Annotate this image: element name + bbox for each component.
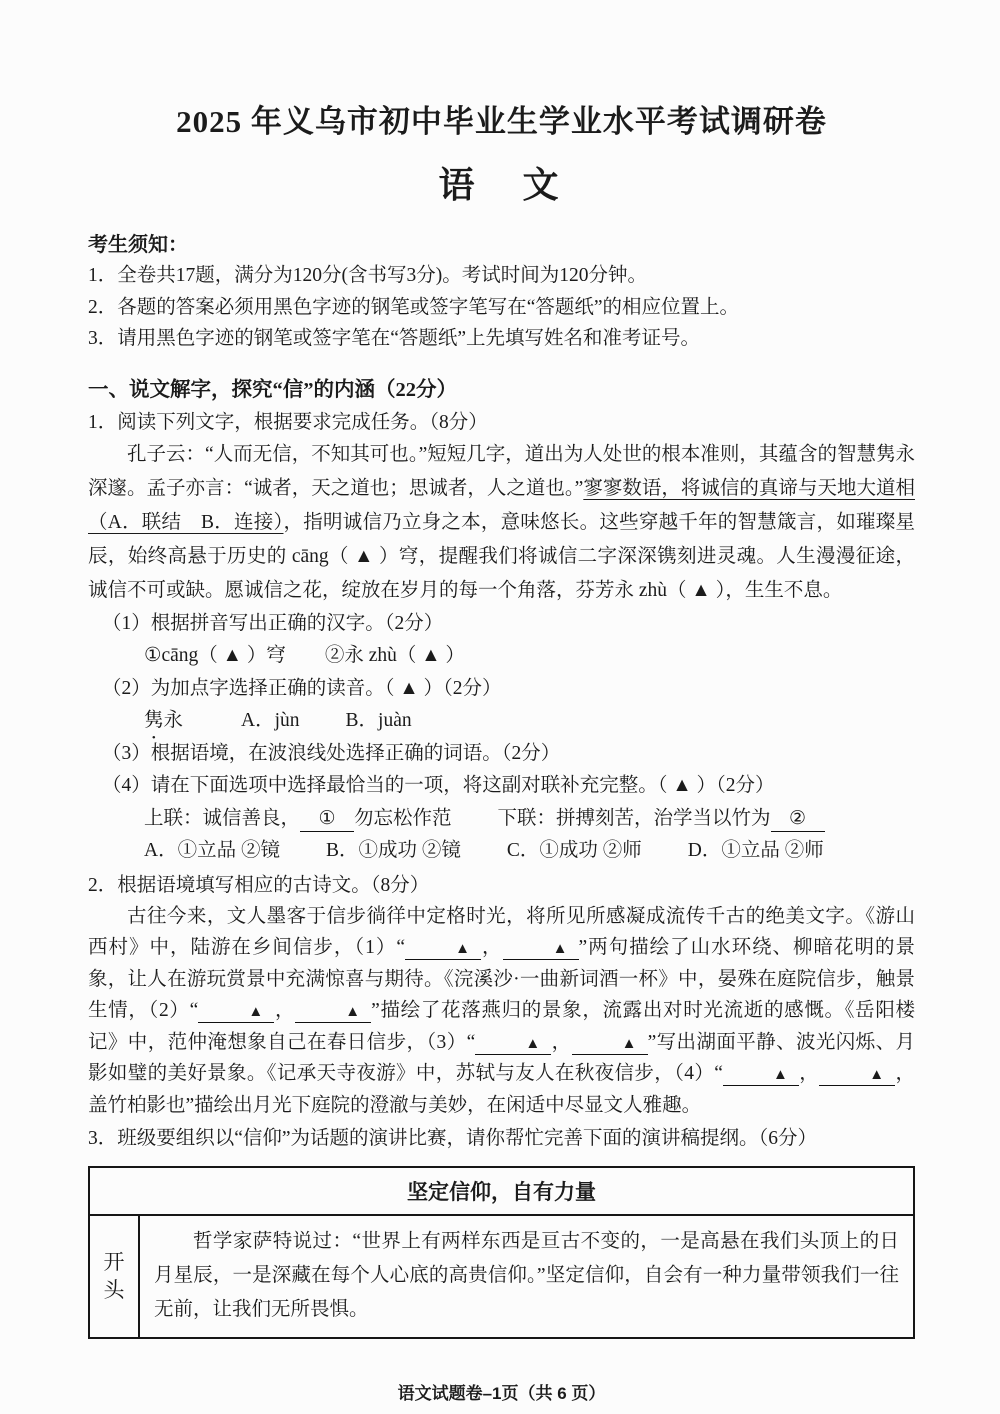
outline-row-label-cell: 开头 bbox=[90, 1216, 140, 1337]
q1-sub2-stem: （2）为加点字选择正确的读音。（ ▲ ）（2分） bbox=[88, 673, 915, 706]
q1-passage: 孔子云：“人而无信，不知其可也。”短短几字，道出为人处世的根本准则，其蕴含的智慧… bbox=[88, 438, 915, 608]
q1-sub4-option-d: D．①立品 ②师 bbox=[688, 835, 824, 868]
q1-sub2-options-row: 隽永A．jùnB．juàn bbox=[88, 705, 915, 738]
q3-stem: 3．班级要组织以“信仰”为话题的演讲比赛，请你帮忙完善下面的演讲稿提纲。（6分） bbox=[88, 1123, 915, 1154]
outline-row-label: 开头 bbox=[102, 1249, 125, 1304]
q1-sub1-stem: （1）根据拼音写出正确的汉字。（2分） bbox=[88, 608, 915, 641]
answer-blank: ▲ bbox=[503, 942, 579, 960]
couplet-blank-1: ① bbox=[300, 809, 354, 832]
outline-title: 坚定信仰，自有力量 bbox=[90, 1168, 913, 1216]
q1-sub4-option-a: A．①立品 ②镜 bbox=[144, 835, 280, 868]
outline-row: 开头 哲学家萨特说过：“世界上有两样东西是亘古不变的，一是高悬在我们头顶上的日月… bbox=[90, 1216, 913, 1337]
notice-section: 考生须知： 1．全卷共17题，满分为120分(含书写3分)。考试时间为120分钟… bbox=[88, 230, 915, 355]
outline-row-text: 哲学家萨特说过：“世界上有两样东西是亘古不变的，一是高悬在我们头顶上的日月星辰，… bbox=[154, 1225, 899, 1327]
dotted-word-rest: 永 bbox=[164, 710, 184, 731]
couplet-upper-lead: 上联：诚信善良， bbox=[144, 808, 300, 829]
q2-stem: 2．根据语境填写相应的古诗文。（8分） bbox=[88, 870, 915, 901]
q1-sub3-stem: （3）根据语境，在波浪线处选择正确的词语。（2分） bbox=[88, 738, 915, 771]
q1-sub2-option-a: A．jùn bbox=[241, 705, 300, 738]
notice-item-1: 1．全卷共17题，满分为120分(含书写3分)。考试时间为120分钟。 bbox=[88, 260, 915, 292]
comma: ， bbox=[481, 937, 502, 958]
q1-sub4-options-row: A．①立品 ②镜B．①成功 ②镜C．①成功 ②师D．①立品 ②师 bbox=[88, 835, 915, 868]
q2-passage: 古往今来，文人墨客于信步徜徉中定格时光，将所见所感凝成流传千古的绝美文字。《游山… bbox=[88, 901, 915, 1122]
exam-paper-page: 2025 年义乌市初中毕业生学业水平考试调研卷 语 文 考生须知： 1．全卷共1… bbox=[0, 0, 1000, 1414]
q1-couplet-line: 上联：诚信善良，①勿忘松作范下联：拼搏刻苦，治学当以竹为② bbox=[88, 803, 915, 836]
subject-title: 语 文 bbox=[88, 157, 915, 208]
comma: ， bbox=[551, 1032, 571, 1053]
dotted-word-char: 隽 bbox=[144, 705, 164, 738]
q1-sub2-option-b: B．juàn bbox=[346, 705, 412, 738]
comma: ， bbox=[799, 1063, 819, 1084]
section-1-heading: 一、说文解字，探究“信”的内涵（22分） bbox=[88, 375, 915, 405]
answer-blank: ▲ bbox=[405, 942, 481, 960]
speech-outline-table: 坚定信仰，自有力量 开头 哲学家萨特说过：“世界上有两样东西是亘古不变的，一是高… bbox=[88, 1166, 915, 1339]
couplet-blank-2: ② bbox=[771, 809, 825, 832]
q1-stem: 1．阅读下列文字，根据要求完成任务。（8分） bbox=[88, 407, 915, 438]
q1-sub1-items: ①cāng（ ▲ ）穹 ②永 zhù（ ▲ ） bbox=[88, 640, 915, 673]
answer-blank: ▲ bbox=[572, 1037, 648, 1055]
outline-row-text-cell: 哲学家萨特说过：“世界上有两样东西是亘古不变的，一是高悬在我们头顶上的日月星辰，… bbox=[140, 1216, 913, 1337]
comma: ， bbox=[274, 1000, 295, 1021]
page-title: 2025 年义乌市初中毕业生学业水平考试调研卷 bbox=[88, 96, 915, 141]
q1-sub4-option-b: B．①成功 ②镜 bbox=[326, 835, 461, 868]
q1-sub4-stem: （4）请在下面选项中选择最恰当的一项，将这副对联补充完整。（ ▲ ）（2分） bbox=[88, 770, 915, 803]
answer-blank: ▲ bbox=[723, 1068, 799, 1086]
answer-blank: ▲ bbox=[295, 1005, 371, 1023]
answer-blank: ▲ bbox=[475, 1037, 551, 1055]
notice-item-3: 3．请用黑色字迹的钢笔或签字笔在“答题纸”上先填写姓名和准考证号。 bbox=[88, 323, 915, 355]
couplet-lower-lead: 下联：拼搏刻苦，治学当以竹为 bbox=[498, 808, 771, 829]
notice-item-2: 2．各题的答案必须用黑色字迹的钢笔或签字笔写在“答题纸”的相应位置上。 bbox=[88, 292, 915, 324]
q1-sub4-option-c: C．①成功 ②师 bbox=[507, 835, 642, 868]
notice-heading: 考生须知： bbox=[88, 230, 915, 260]
answer-blank: ▲ bbox=[819, 1068, 895, 1086]
page-footer: 语文试题卷–1页（共 6 页） bbox=[88, 1379, 915, 1404]
answer-blank: ▲ bbox=[198, 1005, 274, 1023]
couplet-upper-rest: 勿忘松作范 bbox=[354, 808, 452, 829]
